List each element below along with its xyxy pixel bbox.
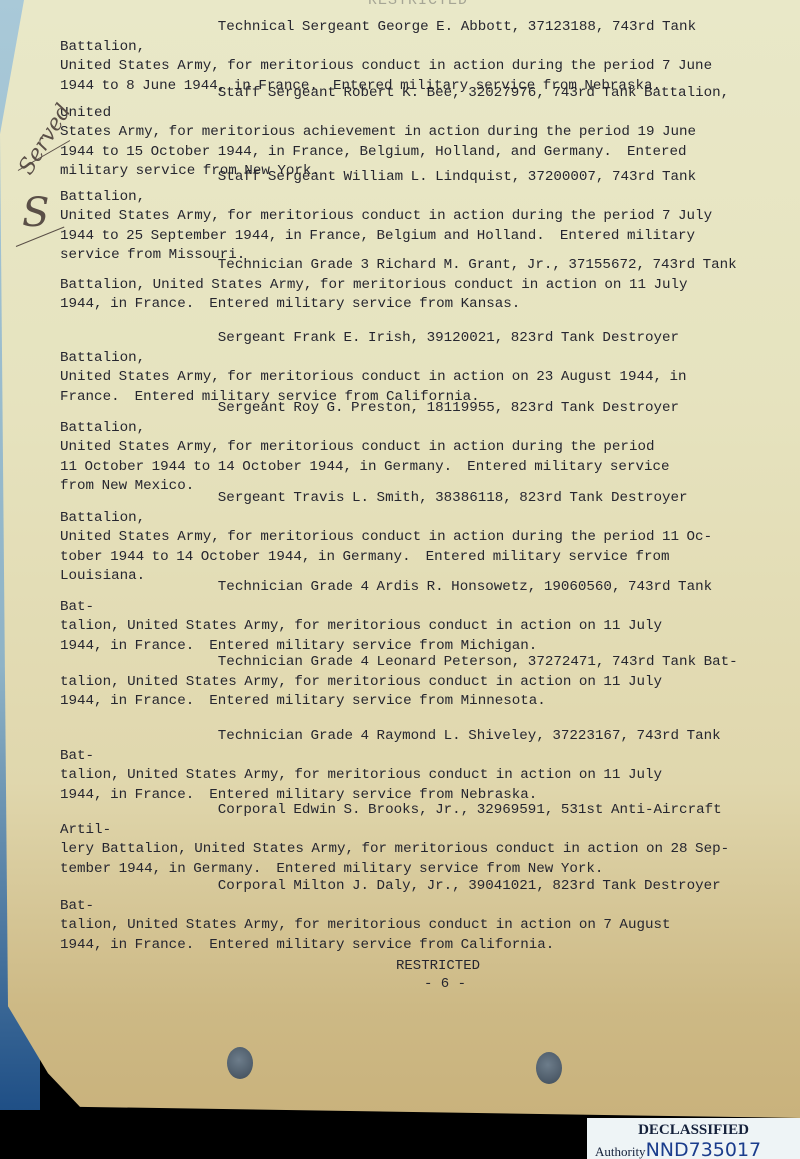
citation-brooks: Corporal Edwin S. Brooks, Jr., 32969591,… <box>60 801 740 879</box>
citation-grant: Technician Grade 3 Richard M. Grant, Jr.… <box>60 256 740 315</box>
citation-lindquist: Staff Sergeant William L. Lindquist, 372… <box>60 168 740 266</box>
authority-value: NND735017 <box>646 1139 762 1159</box>
top-heading: RESTRICTED <box>368 0 468 9</box>
citation-daly: Corporal Milton J. Daly, Jr., 39041021, … <box>60 877 740 955</box>
page-number: - 6 - <box>424 976 466 992</box>
footer-restricted: RESTRICTED <box>396 958 480 974</box>
declassified-stamp: DECLASSIFIED AuthorityNND735017 <box>587 1118 800 1159</box>
declassified-title: DECLASSIFIED <box>587 1121 800 1139</box>
citation-irish: Sergeant Frank E. Irish, 39120021, 823rd… <box>60 329 740 407</box>
citation-shiveley: Technician Grade 4 Raymond L. Shiveley, … <box>60 727 740 805</box>
citation-preston: Sergeant Roy G. Preston, 18119955, 823rd… <box>60 399 740 497</box>
punch-hole-right <box>536 1052 562 1084</box>
citation-bee: Staff Sergeant Robert K. Bee, 32027976, … <box>60 84 740 182</box>
declassified-authority: AuthorityNND735017 <box>587 1139 800 1159</box>
punch-hole-left <box>227 1047 253 1079</box>
handwritten-note-s: S <box>22 190 49 236</box>
citation-smith: Sergeant Travis L. Smith, 38386118, 823r… <box>60 489 740 587</box>
citation-peterson: Technician Grade 4 Leonard Peterson, 372… <box>60 653 740 712</box>
citation-honsowetz: Technician Grade 4 Ardis R. Honsowetz, 1… <box>60 578 740 656</box>
authority-label: Authority <box>595 1144 646 1159</box>
